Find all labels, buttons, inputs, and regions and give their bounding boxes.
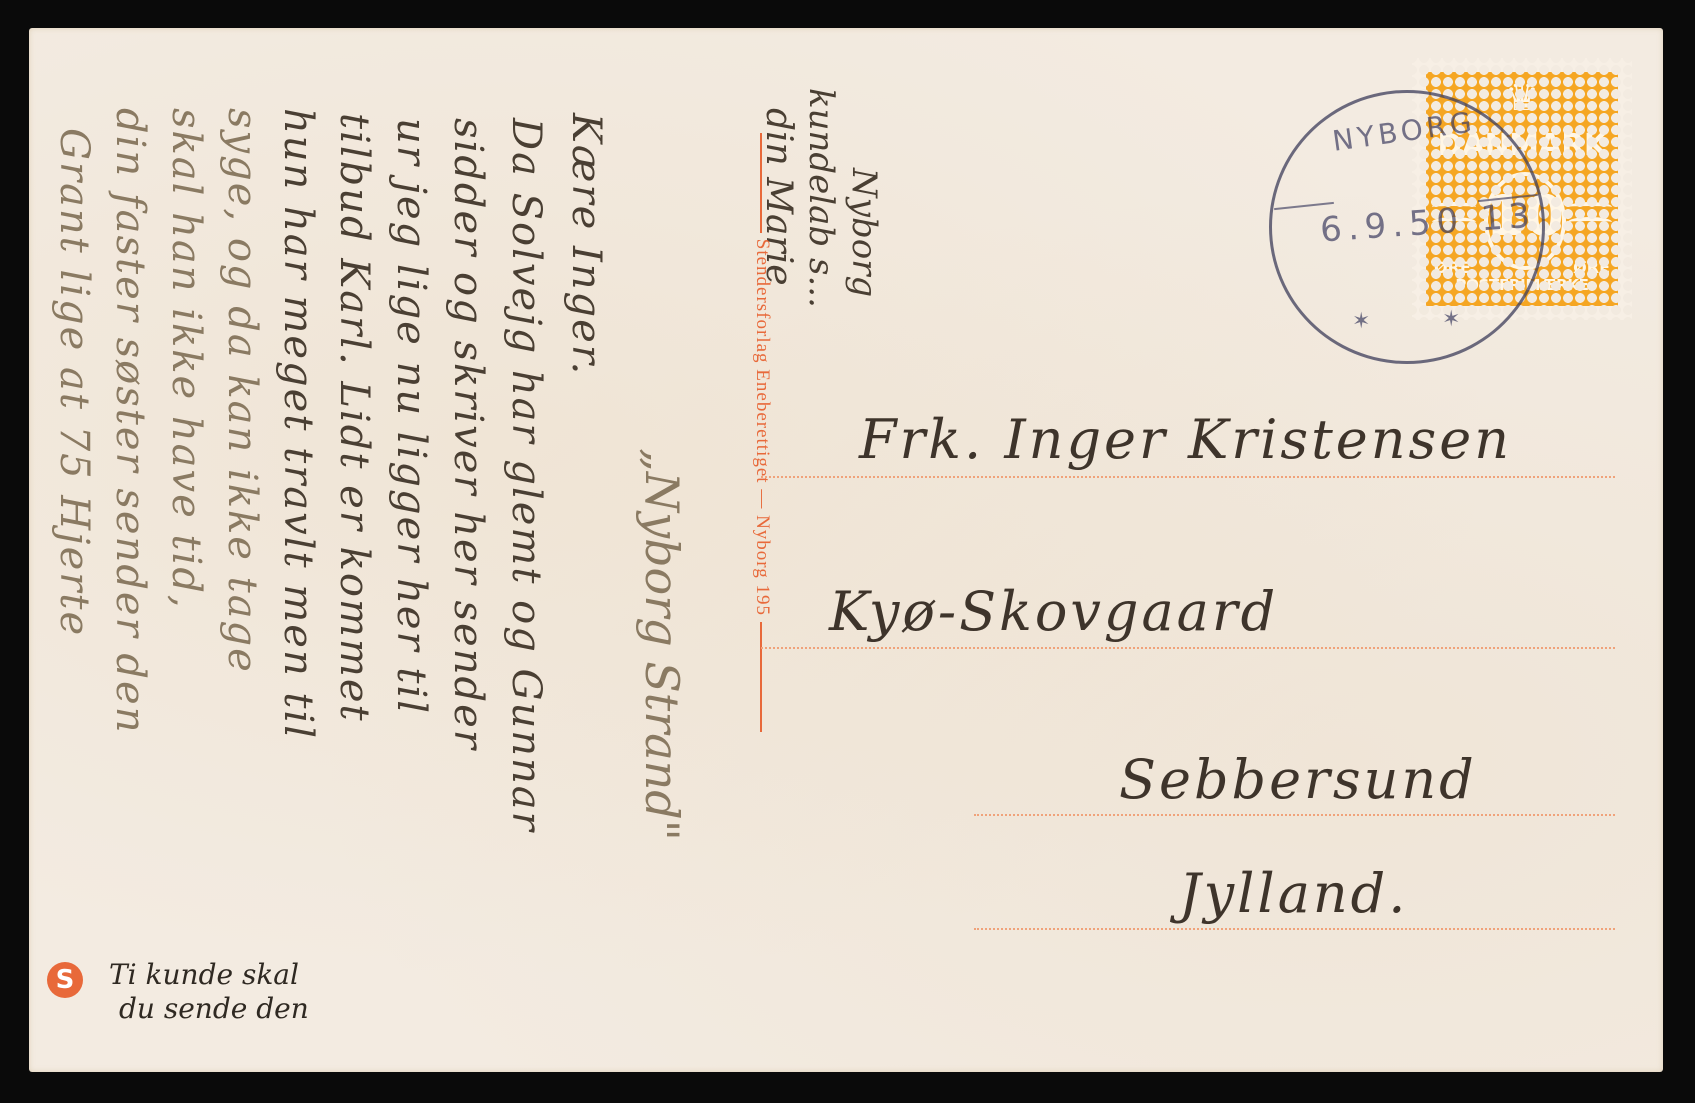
address-farm: Kyø-Skovgaard bbox=[829, 580, 1278, 643]
side-note-line: kundelab s... bbox=[801, 88, 841, 308]
postmark-bar bbox=[1274, 202, 1334, 210]
message-line: hun har meget travlt men til bbox=[275, 108, 321, 740]
message-line: Grant lige at 75 Hjerte bbox=[51, 128, 97, 637]
caption-text: „Nyborg Strand" bbox=[635, 448, 689, 841]
wave-icon bbox=[1568, 202, 1612, 212]
postmark-date: 6.9.50 13 bbox=[1319, 196, 1537, 251]
message-line: Da Solvejg har glemt og Gunnar bbox=[503, 118, 549, 833]
star-icon: ✶ bbox=[1442, 307, 1460, 332]
address-rule bbox=[974, 928, 1615, 930]
message-line: ur jeg lige nu ligger her til bbox=[388, 118, 434, 715]
side-note-line: Nyborg bbox=[844, 168, 884, 297]
message-line: sidder og skriver her sender bbox=[445, 118, 491, 751]
stamp-unit-right: ØRE bbox=[1573, 258, 1610, 277]
address-region: Jylland. bbox=[1179, 862, 1408, 925]
postmark-town: NYBORG bbox=[1330, 105, 1477, 158]
address-rule bbox=[761, 647, 1615, 649]
postmark: NYBORG 6.9.50 13 ✶ ✶ bbox=[1269, 90, 1545, 364]
postcard-back: Kære Inger. Da Solvejg har glemt og Gunn… bbox=[29, 28, 1663, 1072]
address-name: Frk. Inger Kristensen bbox=[859, 408, 1512, 471]
publisher-text: Stendersforlag Eneberettiget — Nyborg 19… bbox=[752, 239, 773, 616]
bottom-note-line: Ti kunde skal bbox=[109, 958, 299, 991]
wave-icon bbox=[1568, 217, 1612, 227]
message-line: tilbud Karl. Lidt er kommet bbox=[331, 113, 377, 723]
publisher-rule bbox=[760, 133, 762, 233]
star-icon: ✶ bbox=[1352, 309, 1370, 334]
publisher-imprint: Stendersforlag Eneberettiget — Nyborg 19… bbox=[751, 133, 773, 732]
address-town: Sebbersund bbox=[1119, 748, 1477, 811]
message-line: din faster søster sender den bbox=[107, 108, 153, 734]
address-rule bbox=[974, 814, 1615, 816]
message-line: syge, og da kan ikke tage bbox=[219, 108, 265, 674]
message-line: skal han ikke have tid, bbox=[163, 108, 209, 610]
publisher-logo: S bbox=[47, 962, 83, 998]
message-line: Kære Inger. bbox=[563, 113, 609, 376]
address-rule bbox=[761, 476, 1615, 478]
bottom-note-line: du sende den bbox=[119, 992, 309, 1025]
publisher-rule bbox=[760, 622, 762, 732]
